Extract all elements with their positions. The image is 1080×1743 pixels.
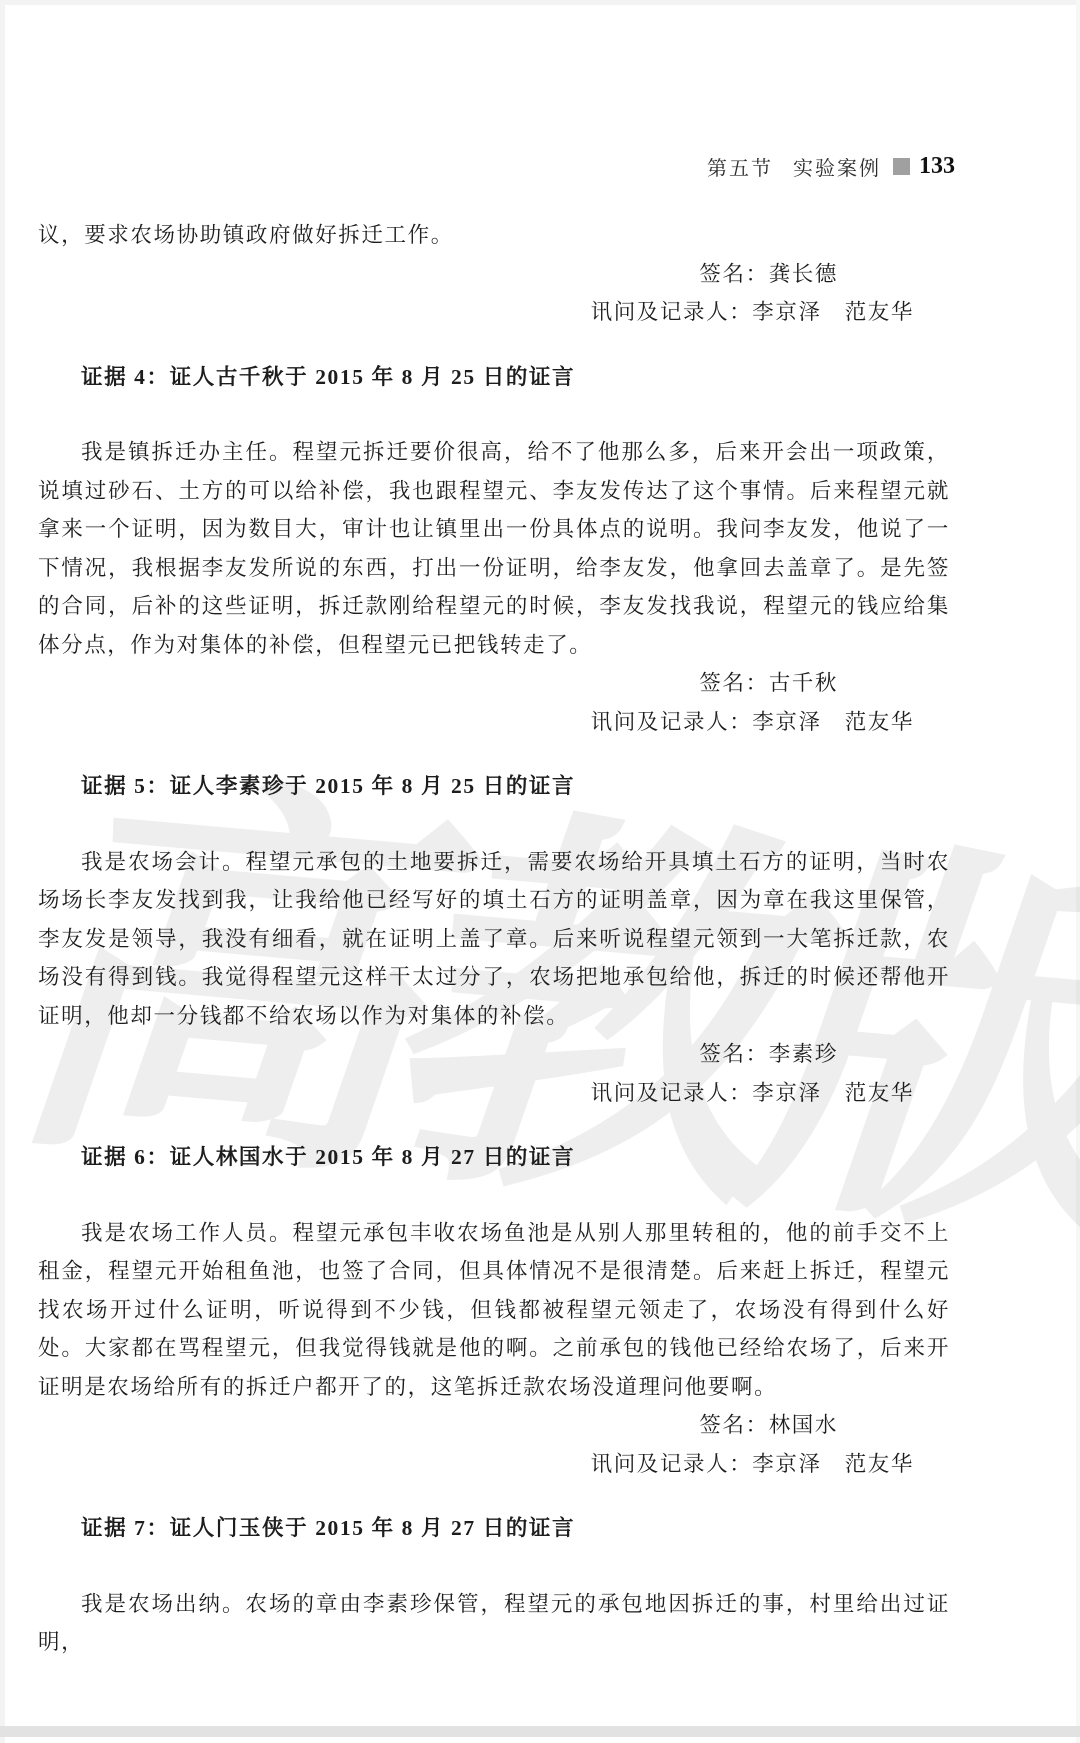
testimony-paragraph: 我是镇拆迁办主任。程望元拆迁要价很高，给不了他那么多，后来开会出一项政策，说填过… — [38, 433, 950, 664]
section-label: 第五节 — [707, 152, 773, 181]
testimony-section: 证据 4：证人古千秋于 2015 年 8 月 25 日的证言 我是镇拆迁办主任。… — [38, 358, 950, 742]
page-number: 133 — [919, 153, 955, 180]
signature-recorder-line: 讯问及记录人：李京泽 范友华 — [38, 1074, 950, 1113]
signature-recorder-line: 讯问及记录人：李京泽 范友华 — [38, 703, 950, 742]
evidence-heading: 证据 5：证人李素珍于 2015 年 8 月 25 日的证言 — [38, 767, 950, 806]
signature-recorder-line: 讯问及记录人：李京泽 范友华 — [38, 293, 950, 332]
page-marker-square — [893, 158, 910, 175]
page-edge-top — [0, 0, 1080, 5]
signature-name-line: 签名：林国水 — [38, 1406, 950, 1445]
page-edge-bottom — [0, 1726, 1080, 1737]
page-edge-left — [0, 0, 5, 1743]
evidence-heading: 证据 7：证人门玉侠于 2015 年 8 月 27 日的证言 — [38, 1509, 950, 1548]
testimony-paragraph: 我是农场出纳。农场的章由李素珍保管，程望元的承包地因拆迁的事，村里给出过证明， — [38, 1585, 950, 1662]
signature-name-line: 签名：古千秋 — [38, 664, 950, 703]
signature-block: 签名：李素珍 讯问及记录人：李京泽 范友华 — [38, 1035, 950, 1112]
continued-paragraph: 议，要求农场协助镇政府做好拆迁工作。 — [38, 216, 950, 255]
evidence-heading: 证据 6：证人林国水于 2015 年 8 月 27 日的证言 — [38, 1138, 950, 1177]
book-page: 高教版 第五节 实验案例 133 议，要求农场协助镇政府做好拆迁工作。 签名：龚… — [0, 0, 1080, 1743]
signature-name-line: 签名：龚长德 — [38, 255, 950, 294]
testimony-section: 证据 6：证人林国水于 2015 年 8 月 27 日的证言 我是农场工作人员。… — [38, 1138, 950, 1483]
testimony-paragraph: 我是农场工作人员。程望元承包丰收农场鱼池是从别人那里转租的，他的前手交不上租金，… — [38, 1214, 950, 1407]
testimony-section: 证据 7：证人门玉侠于 2015 年 8 月 27 日的证言 我是农场出纳。农场… — [38, 1509, 950, 1662]
signature-recorder-line: 讯问及记录人：李京泽 范友华 — [38, 1445, 950, 1484]
testimony-paragraph: 我是农场会计。程望元承包的土地要拆迁，需要农场给开具填土石方的证明，当时农场场长… — [38, 843, 950, 1036]
signature-block: 签名：林国水 讯问及记录人：李京泽 范友华 — [38, 1406, 950, 1483]
page-edge-right — [1076, 0, 1080, 1743]
signature-block: 签名：古千秋 讯问及记录人：李京泽 范友华 — [38, 664, 950, 741]
page-content: 议，要求农场协助镇政府做好拆迁工作。 签名：龚长德 讯问及记录人：李京泽 范友华… — [38, 216, 950, 1662]
evidence-heading: 证据 4：证人古千秋于 2015 年 8 月 25 日的证言 — [38, 358, 950, 397]
signature-block: 签名：龚长德 讯问及记录人：李京泽 范友华 — [38, 255, 950, 332]
section-title: 实验案例 — [793, 152, 881, 181]
signature-name-line: 签名：李素珍 — [38, 1035, 950, 1074]
testimony-section: 证据 5：证人李素珍于 2015 年 8 月 25 日的证言 我是农场会计。程望… — [38, 767, 950, 1112]
running-header: 第五节 实验案例 133 — [707, 152, 955, 181]
